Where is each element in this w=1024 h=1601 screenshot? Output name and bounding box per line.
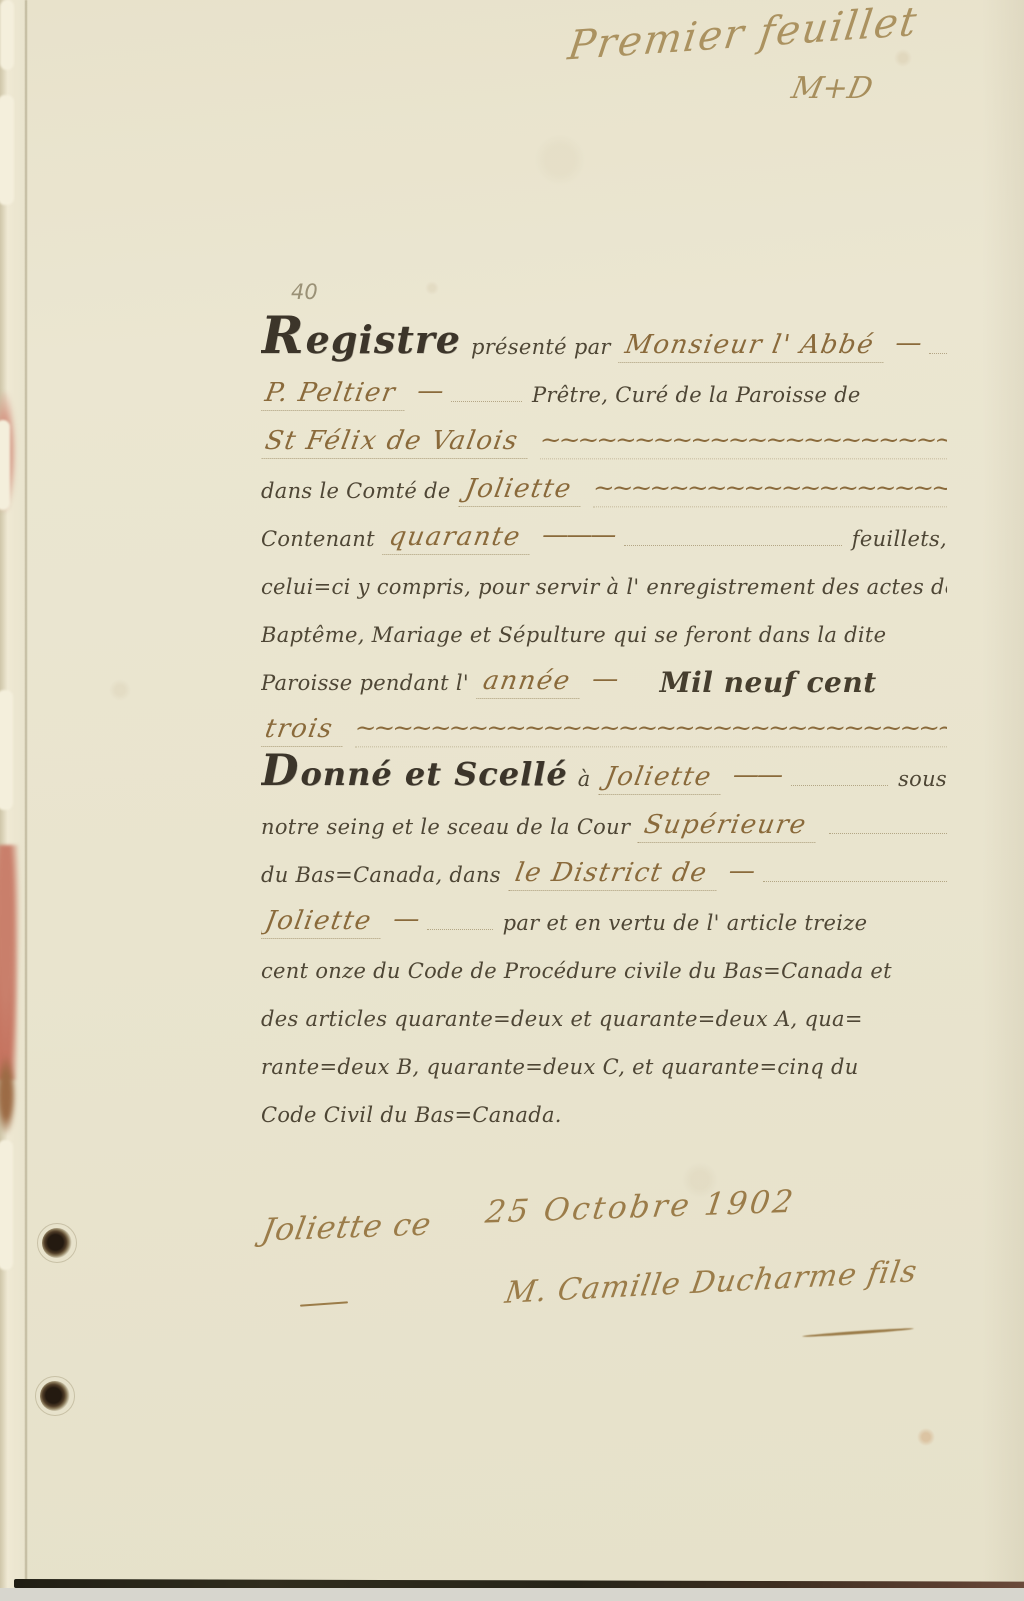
line-14: cent onze du Code de Procédure civile du… (261, 941, 947, 989)
marbled-edge-patch (0, 1055, 16, 1135)
printed-text: par et en vertu de l' article treize (503, 913, 868, 941)
scanner-background (0, 1588, 1024, 1601)
ornate-printed-text: Donné et Scellé (261, 749, 568, 797)
line-15: des articles quarante=deux et quarante=d… (261, 989, 947, 1037)
torn-paper-chip (0, 690, 13, 810)
handwritten-flourish: ~~~~~~~~~~~~~~~~~~~~~~~~~~~~~~~~~~~~~~~~… (540, 429, 947, 460)
printed-text: Baptême, Mariage et Sépulture qui se fer… (261, 625, 886, 653)
scanned-register-page: Premier feuillet M+D 40 Registreprésenté… (0, 0, 1024, 1601)
punch-hole (42, 1228, 72, 1258)
line-3: St Félix de Valois~~~~~~~~~~~~~~~~~~~~~~… (261, 413, 947, 461)
line-11: notre seing et le sceau de la CourSupéri… (261, 797, 947, 845)
binding-edge (0, 0, 26, 1588)
line-6: celui=ci y compris, pour servir à l' enr… (261, 557, 947, 605)
printed-text: feuillets, (852, 529, 947, 557)
printed-text: Mil neuf cent (660, 669, 877, 701)
handwritten-text: le District de (508, 860, 721, 891)
handwritten-text: — (592, 666, 616, 701)
line-7: Baptême, Mariage et Sépulture qui se fer… (261, 605, 947, 653)
line-17: Code Civil du Bas=Canada. (261, 1085, 947, 1133)
handwritten-text: Joliette (458, 476, 586, 507)
blank-gap (626, 689, 649, 690)
fill-in-rule (451, 400, 522, 402)
document-lines: Registreprésenté parMonsieur l' Abbé—P. … (261, 299, 947, 1133)
printed-text: à (578, 769, 591, 797)
handwritten-text: année (476, 668, 585, 699)
printed-text: dans le Comté de (261, 481, 451, 509)
line-10: Donné et ScelléàJoliette——sous (261, 749, 947, 797)
handwritten-text: Monsieur l' Abbé (618, 332, 888, 363)
printed-text: sous (898, 769, 947, 797)
line-4: dans le Comté deJoliette~~~~~~~~~~~~~~~~… (261, 461, 947, 509)
fill-in-rule (763, 880, 947, 882)
line-1: Registreprésenté parMonsieur l' Abbé— (261, 299, 947, 365)
torn-paper-chip (0, 95, 14, 205)
torn-paper-chip (0, 1140, 13, 1270)
torn-paper-chip (0, 420, 10, 510)
handwritten-flourish: ~~~~~~~~~~~~~~~~~~~~~~~~~~~~~~~~~~~~~~~~… (355, 717, 947, 748)
line-8: Paroisse pendant l'année—Mil neuf cent (261, 653, 947, 701)
punch-hole (40, 1381, 70, 1411)
handwritten-text: trois (261, 716, 347, 747)
line-2: P. Peltier—Prêtre, Curé de la Paroisse d… (261, 365, 947, 413)
printed-text: Prêtre, Curé de la Paroisse de (532, 385, 861, 413)
handwritten-text: Supérieure (638, 812, 822, 843)
line-16: rante=deux B, quarante=deux C, et quaran… (261, 1037, 947, 1085)
marbled-edge-patch (0, 845, 20, 1080)
printed-text: celui=ci y compris, pour servir à l' enr… (261, 577, 947, 605)
printed-text: présenté par (471, 337, 611, 365)
page-crease (25, 0, 27, 1588)
handwritten-text: Joliette (261, 908, 386, 939)
line-5: Contenantquarante———feuillets, (261, 509, 947, 557)
fill-in-rule (929, 352, 947, 354)
handwritten-text: — (729, 858, 753, 893)
printed-text: du Bas=Canada, dans (261, 865, 501, 893)
printed-text: Paroisse pendant l' (261, 673, 469, 701)
torn-paper-chip (0, 0, 14, 70)
handwritten-text: —— (733, 762, 781, 797)
handwritten-text: P. Peltier (261, 380, 410, 411)
printed-text: Contenant (261, 529, 375, 557)
printed-text: rante=deux B, quarante=deux C, et quaran… (261, 1057, 859, 1085)
handwritten-text: St Félix de Valois (261, 428, 533, 459)
line-9: trois~~~~~~~~~~~~~~~~~~~~~~~~~~~~~~~~~~~… (261, 701, 947, 749)
handwritten-text: — (393, 906, 417, 941)
handwritten-text: — (417, 378, 441, 413)
line-12: du Bas=Canada, dansle District de— (261, 845, 947, 893)
fill-in-rule (791, 784, 888, 786)
fill-in-rule (427, 928, 492, 930)
printed-text: Code Civil du Bas=Canada. (261, 1105, 562, 1133)
handwritten-text: quarante (382, 524, 535, 555)
printed-text: cent onze du Code de Procédure civile du… (261, 961, 892, 989)
handwritten-initials: M+D (789, 74, 875, 104)
handwritten-place: Joliette ce (259, 1209, 433, 1246)
handwritten-text: — (895, 330, 919, 365)
handwritten-text: ——— (542, 522, 614, 557)
line-13: Joliette—par et en vertu de l' article t… (261, 893, 947, 941)
fill-in-rule (624, 544, 842, 546)
fill-in-rule (829, 832, 947, 834)
printed-text: notre seing et le sceau de la Cour (261, 817, 630, 845)
ornate-printed-text: Registre (261, 311, 461, 365)
handwritten-flourish: ~~~~~~~~~~~~~~~~~~~~~~~~~~~~~~~~~~~~~~~~… (593, 477, 947, 508)
handwritten-text: Joliette (598, 764, 726, 795)
handwritten-date: 25 Octobre 1902 (484, 1187, 798, 1229)
printed-text: des articles quarante=deux et quarante=d… (261, 1009, 863, 1037)
